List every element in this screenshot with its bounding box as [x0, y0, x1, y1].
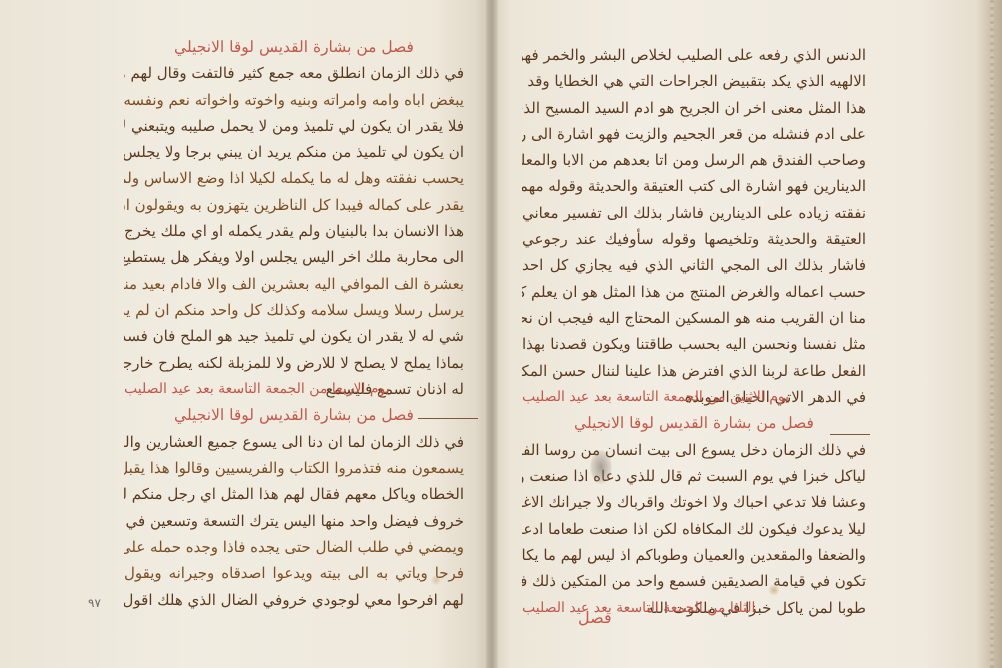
text-line: على ادم فنشله من قعر الجحيم والزيت فهو ا…: [522, 121, 866, 147]
text-line: في ذلك الزمان دخل يسوع الى بيت انسان من …: [522, 437, 866, 463]
section-heading: فصل من بشارة القديس لوقا الانجيلي: [124, 402, 464, 428]
left-page: فصل من بشارة القديس لوقا الانجيلي في ذلك…: [0, 0, 490, 668]
section-marker-rule: [418, 418, 478, 419]
text-line: والضعفا والمقعدين والعميان وطوباكم اذ لي…: [522, 542, 866, 568]
catchword: فصل: [578, 608, 612, 627]
text-line: هذا المثل معنى اخر ان الجريح هو ادم السي…: [522, 95, 866, 121]
text-line: ليلا يدعوك فيكون لك المكافاه لكن اذا صنع…: [522, 516, 866, 542]
text-line: يسمعون منه فتذمروا الكتاب والفريسيين وقا…: [124, 455, 464, 481]
thumb-stain: [590, 450, 612, 484]
stain: [431, 574, 441, 586]
manuscript-spread: فصل من بشارة القديس لوقا الانجيلي في ذلك…: [0, 0, 1002, 668]
section-heading: فصل من بشارة القديس لوقا الانجيلي: [124, 34, 464, 60]
book-gutter: [486, 0, 498, 668]
text-line: فرحا وياتي به الى بيته ويدعوا اصدقاه وجي…: [124, 560, 464, 586]
text-line: شي له لا يقدر ان يكون لي تلميذ جيد هو ال…: [124, 323, 464, 349]
text-line: في ذلك الزمان لما ان دنا الى يسوع جميع ا…: [124, 429, 464, 455]
text-line: العتيقة والحديثة وتلخيصها وقوله سأوفيك ع…: [522, 226, 866, 252]
text-line: الدنس الذي رفعه على الصليب لخلاص البشر و…: [522, 42, 866, 68]
text-line: لياكل خبزا في يوم السبت ثم قال للذي دعاه…: [522, 463, 866, 489]
text-line: يحسب نفقته وهل له ما يكمله لكيلا اذا وضع…: [124, 165, 464, 191]
page-number: ٩٧: [88, 596, 101, 610]
text-line: هذا الانسان بدا بالبنيان ولم يقدر يكمله …: [124, 218, 464, 244]
text-line: فاشار بذلك الى المجي الثاني الذي فيه يجا…: [522, 252, 866, 278]
right-text-block: الدنس الذي رفعه على الصليب لخلاص البشر و…: [522, 42, 866, 621]
text-line: مثل نفسنا ونحسن اليه بحسب طاقتنا ويكون ق…: [522, 331, 866, 357]
text-line: فلا يقدر ان يكون لي تلميذ ومن لا يحمل صل…: [124, 113, 464, 139]
text-line: الالهيه الذي يكد بتقبيض الجراحات التي هي…: [522, 68, 866, 94]
text-line: يقدر على كماله فيبدا كل الناظرين يتهزون …: [124, 192, 464, 218]
text-line: بعشرة الف الموافي اليه بعشرين الف والا ف…: [124, 271, 464, 297]
page-edge: [990, 0, 994, 668]
text-line: حسب اعماله والغرض المنتج من هذا المثل هو…: [522, 279, 866, 305]
text-line: الدينارين فهو اشارة الى كتب العتيقة والح…: [522, 173, 866, 199]
section-marker-rule: [830, 434, 870, 435]
text-line: يرسل رسلا ويسل سلامه وكذلك كل واحد منكم …: [124, 297, 464, 323]
text-line: الى محاربة ملك اخر اليس يجلس اولا ويفكر …: [124, 244, 464, 270]
text-line: الفعل طاعة لربنا الذي افترض هذا علينا لن…: [522, 358, 866, 384]
text-line: لهم افرحوا معي لوجودي خروفي الضال الذي ه…: [124, 587, 464, 613]
left-text-block: فصل من بشارة القديس لوقا الانجيلي في ذلك…: [124, 34, 464, 613]
text-line: وعشا فلا تدعي احباك ولا اخوتك واقرباك ول…: [522, 489, 866, 515]
text-line: في ذلك الزمان انطلق معه جمع كثير فالتفت …: [124, 60, 464, 86]
stain: [768, 584, 780, 596]
text-line: تكون في قيامة الصديقين فسمع واحد من المت…: [522, 568, 866, 594]
text-line: يبغض اباه وامه وامراته وبنيه واخوته واخو…: [124, 87, 464, 113]
text-line: بماذا يملح لا يصلح لا للارض ولا للمزبلة …: [124, 350, 464, 376]
text-line: نفقته زياده على الدينارين فاشار بذلك الى…: [522, 200, 866, 226]
text-line: ويمضي في طلب الضال حتى يجده فاذا وجده حم…: [124, 534, 464, 560]
section-heading: فصل من بشارة القديس لوقا الانجيلي: [522, 410, 866, 436]
text-line: خروف فيضل واحد منها اليس يترك التسعة وتس…: [124, 508, 464, 534]
text-line: منا ان القريب منه هو المسكين المحتاج الي…: [522, 305, 866, 331]
text-line: الخطاه وياكل معهم فقال لهم هذا المثل اي …: [124, 481, 464, 507]
text-line: وصاحب الفندق هم الرسل ومن اتا بعدهم من ا…: [522, 147, 866, 173]
text-line: ان يكون لي تلميذ من منكم يريد ان يبني بر…: [124, 139, 464, 165]
